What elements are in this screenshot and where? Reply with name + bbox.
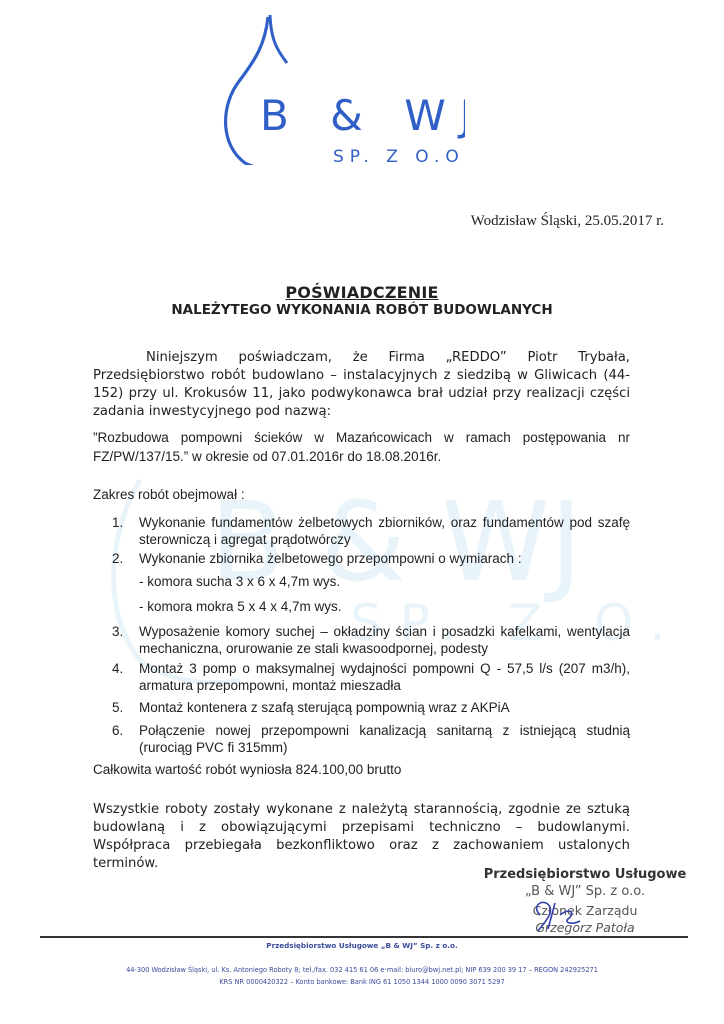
document-subtitle: NALEŻYTEGO WYKONANIA ROBÓT BUDOWLANYCH — [0, 302, 724, 318]
stamp-company-line: Przedsiębiorstwo Usługowe — [460, 867, 710, 882]
item-text: Połączenie nowej przepompowni kanalizacj… — [139, 722, 630, 756]
scope-label: Zakres robót obejmował : — [93, 487, 245, 502]
item-number: 2. — [112, 550, 123, 567]
signature-icon — [520, 895, 600, 935]
closing-paragraph: Wszystkie roboty zostały wykonane z nale… — [93, 801, 630, 873]
footer-address: 44-300 Wodzisław Śląski, ul. Ks. Antonie… — [0, 966, 724, 974]
logo-suffix: SP. Z O.O. — [333, 147, 465, 165]
footer-bank: KRS NR 0000420322 – Konto bankowe: Bank … — [0, 978, 724, 986]
item-text: Wykonanie fundamentów żelbetowych zbiorn… — [139, 514, 630, 548]
sub-item: - komora sucha 3 x 6 x 4,7m wys. — [139, 574, 340, 589]
total-value: Całkowita wartość robót wyniosła 824.100… — [93, 762, 401, 777]
item-text: Wyposażenie komory suchej – okładziny śc… — [139, 623, 630, 657]
document-title: POŚWIADCZENIE — [0, 283, 724, 302]
scope-item: 4. Montaż 3 pomp o maksymalnej wydajnośc… — [112, 660, 630, 694]
sub-item: - komora mokra 5 x 4 x 4,7m wys. — [139, 599, 342, 614]
item-text: Wykonanie zbiornika żelbetowego przepomp… — [139, 550, 630, 567]
intro-paragraph: Niniejszym poświadczam, że Firma „REDDO”… — [93, 349, 630, 421]
scope-item: 6. Połączenie nowej przepompowni kanaliz… — [112, 722, 630, 756]
footer-company: Przedsiębiorstwo Usługowe „B & WJ” Sp. z… — [0, 941, 724, 950]
company-logo: B & WJ SP. Z O.O. — [215, 15, 465, 165]
project-paragraph: ”Rozbudowa pompowni ścieków w Mazańcowic… — [93, 428, 630, 466]
item-number: 3. — [112, 623, 123, 640]
item-text: Montaż kontenera z szafą sterującą pompo… — [139, 699, 630, 716]
date-line: Wodzisław Śląski, 25.05.2017 r. — [471, 213, 664, 230]
item-text: Montaż 3 pomp o maksymalnej wydajności p… — [139, 660, 630, 694]
scope-item: 5. Montaż kontenera z szafą sterującą po… — [112, 699, 630, 716]
logo-name: B & WJ — [260, 91, 465, 140]
item-number: 5. — [112, 699, 123, 716]
scope-item: 1. Wykonanie fundamentów żelbetowych zbi… — [112, 514, 630, 548]
water-drop-icon — [270, 15, 287, 63]
scope-item: 2. Wykonanie zbiornika żelbetowego przep… — [112, 550, 630, 567]
item-number: 1. — [112, 514, 123, 531]
item-number: 6. — [112, 722, 123, 739]
scope-item: 3. Wyposażenie komory suchej – okładziny… — [112, 623, 630, 657]
footer-divider — [40, 936, 688, 938]
item-number: 4. — [112, 660, 123, 677]
